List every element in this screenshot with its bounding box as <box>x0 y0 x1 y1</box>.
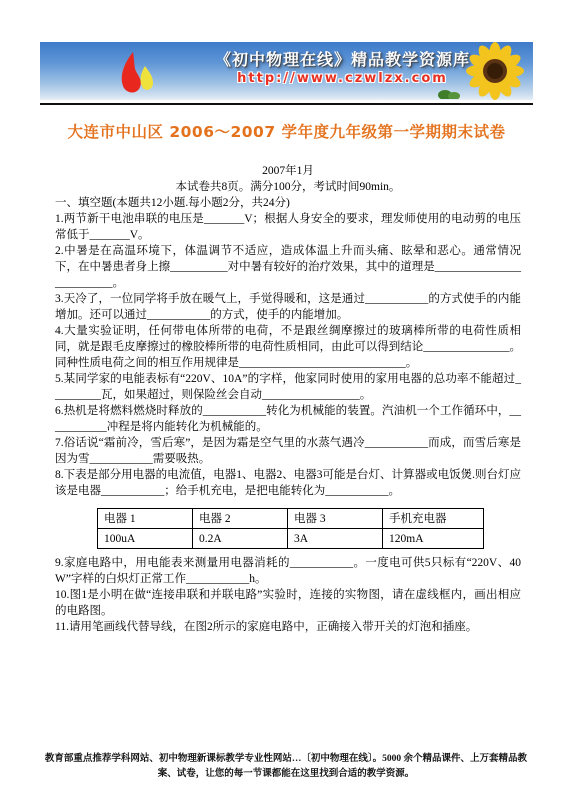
exam-body: 2007年1月 本试卷共8页。满分100分，考试时间90min。 一、填空题(本… <box>55 163 521 635</box>
question-11: 11.请用笔画线代替导线，在图2所示的家庭电路中，正确接入带开关的灯泡和插座。 <box>55 619 521 635</box>
banner-background: 《初中物理在线》精品教学资源库 http://www.czwlzx.com <box>40 42 533 100</box>
question-6: 6.热机是将燃料燃烧时释放的___________转化为机械能的装置。汽油机一个… <box>55 403 521 435</box>
question-10: 10.图1是小明在做“连接串联和并联电路”实验时，连接的实物图，请在虚线框内，画… <box>55 587 521 619</box>
question-2: 2.中暑是在高温环境下，体温调节不适应，造成体温上升而头痛、眩晕和恶心。通常情况… <box>55 243 521 291</box>
question-8: 8.下表是部分用电器的电流值，电器1、电器2、电器3可能是台灯、计算器或电饭煲.… <box>55 467 521 499</box>
question-4: 4.大量实验证明，任何带电体所带的电荷，不是跟丝绸摩擦过的玻璃棒所带的电荷性质相… <box>55 323 521 371</box>
page-title: 大连市中山区 2006～2007 学年度九年级第一学期期末试卷 <box>0 120 573 142</box>
table-value-cell: 0.2A <box>193 529 288 549</box>
question-3: 3.天冷了，一位同学将手放在暖气上，手觉得暖和，这是通过___________的… <box>55 291 521 323</box>
footer-text: 教育部重点推荐学科网站、初中物理新课标教学专业性网站…〔初中物理在线〕。5000… <box>36 752 536 782</box>
table-header-cell: 电器 1 <box>98 509 193 529</box>
table-header-cell: 电器 3 <box>288 509 383 529</box>
table-value-cell: 3A <box>288 529 383 549</box>
table-header-row: 电器 1 电器 2 电器 3 手机充电器 <box>98 509 484 529</box>
question-1: 1.两节新干电池串联的电压是_______V；根据人身安全的要求，理发师使用的电… <box>55 211 521 243</box>
question-7: 7.俗话说“霜前冷，雪后寒”，是因为霜是空气里的水蒸气遇冷___________… <box>55 435 521 467</box>
exam-info: 本试卷共8页。满分100分，考试时间90min。 <box>55 179 521 195</box>
site-banner: 《初中物理在线》精品教学资源库 http://www.czwlzx.com <box>40 42 533 105</box>
question-9: 9.家庭电路中，用电能表来测量用电器消耗的___________。一度电可供5只… <box>55 555 521 587</box>
banner-text-block: 《初中物理在线》精品教学资源库 http://www.czwlzx.com <box>200 47 485 86</box>
banner-divider <box>40 103 533 105</box>
flame-logo-icon <box>112 50 156 100</box>
question-5: 5.某同学家的电能表标有“220V、10A”的字样，他家同时使用的家用电器的总功… <box>55 371 521 403</box>
section-heading: 一、填空题(本题共12小题.每小题2分，共24分) <box>55 195 521 211</box>
sunflower-icon <box>457 42 531 100</box>
table-value-cell: 100uA <box>98 529 193 549</box>
table-value-row: 100uA 0.2A 3A 120mA <box>98 529 484 549</box>
exam-paper-page: 《初中物理在线》精品教学资源库 http://www.czwlzx.com <box>0 0 573 810</box>
table-value-cell: 120mA <box>383 529 484 549</box>
table-header-cell: 电器 2 <box>193 509 288 529</box>
table-header-cell: 手机充电器 <box>383 509 484 529</box>
site-title: 《初中物理在线》精品教学资源库 <box>200 47 485 70</box>
exam-date: 2007年1月 <box>55 163 521 179</box>
appliance-current-table: 电器 1 电器 2 电器 3 手机充电器 100uA 0.2A 3A 120mA <box>97 508 484 549</box>
